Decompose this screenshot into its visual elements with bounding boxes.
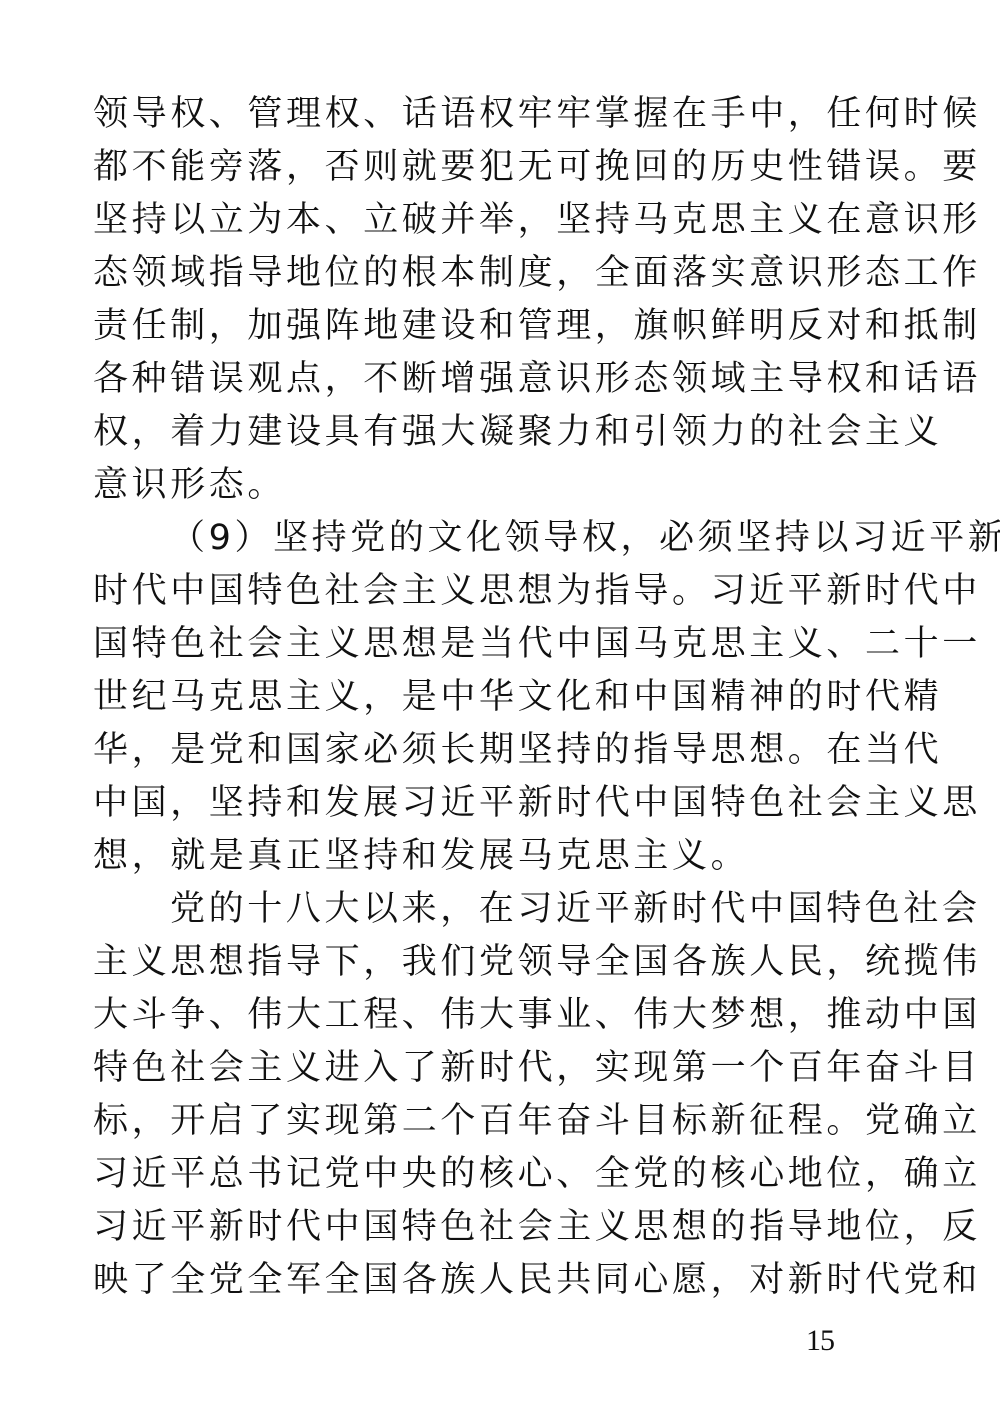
paragraph-start-line: （9）坚持党的文化领导权，必须坚持以习近平新 [93,512,869,565]
text-line: 各种错误观点，不断增强意识形态领域主导权和话语 [93,353,869,406]
text-line: 华，是党和国家必须长期坚持的指导思想。在当代 [93,724,869,777]
text-line: 时代中国特色社会主义思想为指导。习近平新时代中 [93,565,869,618]
text-line: 主义思想指导下，我们党领导全国各族人民，统揽伟 [93,936,869,989]
text-line: 习近平总书记党中央的核心、全党的核心地位，确立 [93,1148,869,1201]
document-page: 领导权、管理权、话语权牢牢掌握在手中，任何时候 都不能旁落，否则就要犯无可挽回的… [0,0,1000,1419]
paragraph-end-line: 想，就是真正坚持和发展马克思主义。 [93,830,869,883]
text-line: 权，着力建设具有强大凝聚力和引领力的社会主义 [93,406,869,459]
page-number: 15 [806,1324,834,1358]
text-line: 标，开启了实现第二个百年奋斗目标新征程。党确立 [93,1095,869,1148]
text-line: 责任制，加强阵地建设和管理，旗帜鲜明反对和抵制 [93,300,869,353]
text-line: 领导权、管理权、话语权牢牢掌握在手中，任何时候 [93,88,869,141]
paragraph-end-line: 意识形态。 [93,459,869,512]
text-line: 中国，坚持和发展习近平新时代中国特色社会主义思 [93,777,869,830]
text-line: 态领域指导地位的根本制度，全面落实意识形态工作 [93,247,869,300]
text-line: 大斗争、伟大工程、伟大事业、伟大梦想，推动中国 [93,989,869,1042]
text-line: 坚持以立为本、立破并举，坚持马克思主义在意识形 [93,194,869,247]
text-line: 映了全党全军全国各族人民共同心愿，对新时代党和 [93,1254,869,1307]
text-line: 国特色社会主义思想是当代中国马克思主义、二十一 [93,618,869,671]
text-line: 特色社会主义进入了新时代，实现第一个百年奋斗目 [93,1042,869,1095]
text-line: 习近平新时代中国特色社会主义思想的指导地位，反 [93,1201,869,1254]
text-line: 都不能旁落，否则就要犯无可挽回的历史性错误。要 [93,141,869,194]
body-text: 领导权、管理权、话语权牢牢掌握在手中，任何时候 都不能旁落，否则就要犯无可挽回的… [93,88,873,1307]
text-line: 世纪马克思主义，是中华文化和中国精神的时代精 [93,671,869,724]
paragraph-start-line: 党的十八大以来，在习近平新时代中国特色社会 [93,883,869,936]
